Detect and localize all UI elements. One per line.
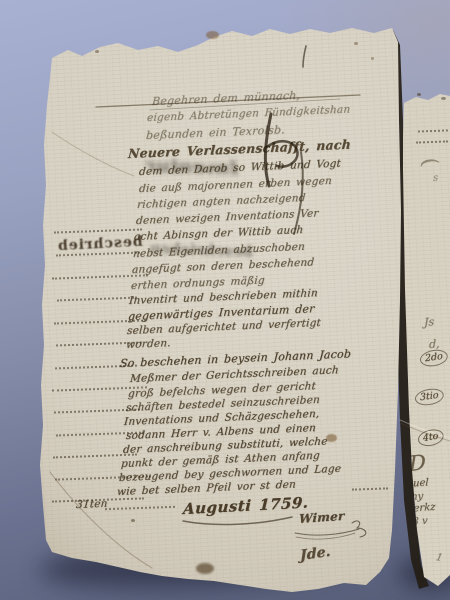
handwriting-fragment: ( (417, 153, 443, 169)
handwriting-fragment: Js (424, 315, 434, 329)
margin-dot-row (352, 487, 388, 490)
manuscript-photo: beschrieb Inventur beschrieben Begehren … (0, 0, 450, 600)
handwriting-line: worden. (126, 337, 171, 351)
handwriting-line: beßunden ein Texrolsb. (146, 123, 286, 142)
handwriting-line: acht Abinsgn der Wittib auch (134, 224, 304, 243)
margin-dot-row (105, 506, 175, 510)
handwriting-line: angefügt son deren beschehend (132, 256, 315, 276)
date-day: 31ten (76, 498, 108, 511)
manuscript-left-page: beschrieb Inventur beschrieben Begehren … (0, 0, 450, 600)
handwriting-fragment: 1 (435, 552, 444, 564)
circled-ordinal: 2do (420, 348, 448, 368)
margin-dot-row (418, 129, 448, 132)
handwriting-fragment: z. (400, 540, 408, 551)
circled-ordinal: 3tio (415, 387, 444, 407)
handwriting-line: Begehren dem münnach, (152, 89, 301, 108)
margin-dot-row (57, 297, 137, 302)
handwriting-fragment: s (433, 173, 438, 184)
age-stain (417, 93, 421, 96)
margin-dot-row (54, 228, 142, 233)
date-month-year: Augusti 1759. (183, 493, 309, 518)
circled-ordinal: 4to (417, 428, 444, 448)
docket-mark: Jde. (300, 544, 331, 564)
margin-dot-row (416, 140, 448, 143)
signature: Wimer (299, 509, 345, 526)
